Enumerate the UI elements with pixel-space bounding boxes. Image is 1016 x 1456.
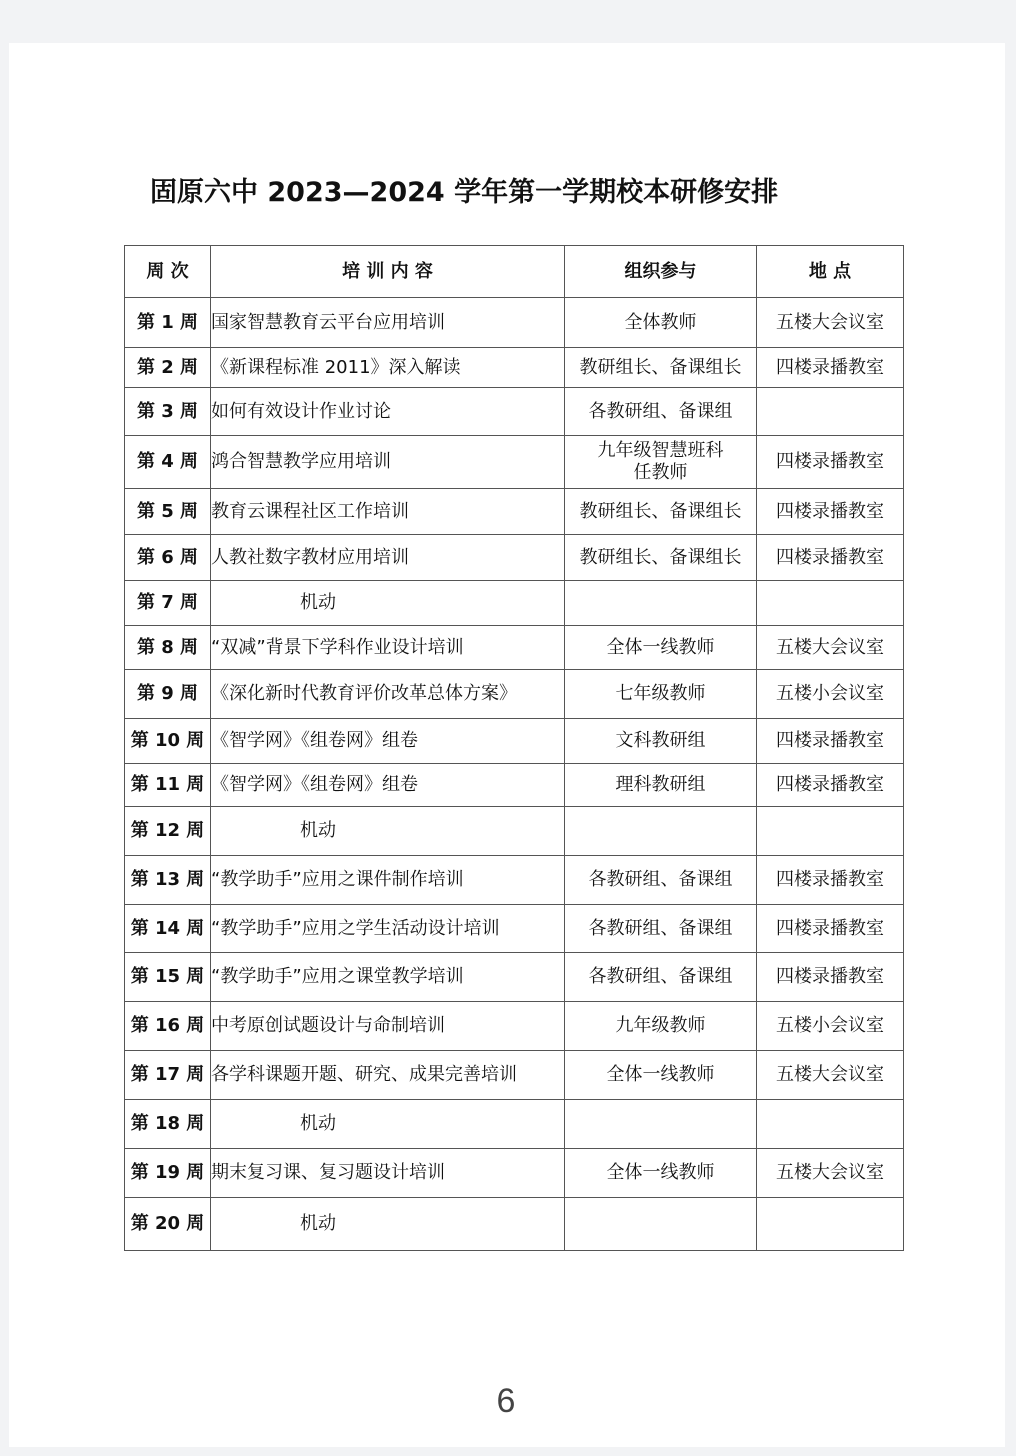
table-row: 第 16 周中考原创试题设计与命制培训九年级教师五楼小会议室 [125,1002,904,1051]
organizer-cell: 全体一线教师 [565,626,757,670]
organizer-cell: 各教研组、备课组 [565,905,757,953]
week-cell: 第 7 周 [125,581,211,626]
week-cell: 第 8 周 [125,626,211,670]
week-cell: 第 12 周 [125,807,211,856]
content-cell: 国家智慧教育云平台应用培训 [211,298,565,348]
location-cell: 四楼录播教室 [757,905,904,953]
organizer-cell [565,807,757,856]
week-cell: 第 15 周 [125,953,211,1002]
location-cell: 四楼录播教室 [757,719,904,764]
content-cell: 各学科课题开题、研究、成果完善培训 [211,1051,565,1100]
location-cell [757,807,904,856]
week-cell: 第 5 周 [125,489,211,535]
location-cell [757,1198,904,1251]
organizer-cell: 教研组长、备课组长 [565,535,757,581]
content-cell: 《新课程标准 2011》深入解读 [211,348,565,388]
table-row: 第 17 周各学科课题开题、研究、成果完善培训全体一线教师五楼大会议室 [125,1051,904,1100]
table-row: 第 12 周机动 [125,807,904,856]
table-row: 第 9 周《深化新时代教育评价改革总体方案》七年级教师五楼小会议室 [125,670,904,719]
location-cell: 四楼录播教室 [757,535,904,581]
content-cell: 中考原创试题设计与命制培训 [211,1002,565,1051]
location-cell: 五楼大会议室 [757,626,904,670]
page-number: 6 [0,1382,1016,1421]
organizer-cell [565,1198,757,1251]
location-cell [757,581,904,626]
table-row: 第 11 周《智学网》《组卷网》组卷理科教研组四楼录播教室 [125,764,904,807]
header-organizer: 组织参与 [565,246,757,298]
content-cell: “教学助手”应用之学生活动设计培训 [211,905,565,953]
week-cell: 第 6 周 [125,535,211,581]
content-cell: 机动 [211,1198,565,1251]
table-row: 第 19 周期末复习课、复习题设计培训全体一线教师五楼大会议室 [125,1149,904,1198]
week-cell: 第 19 周 [125,1149,211,1198]
organizer-cell: 文科教研组 [565,719,757,764]
table-row: 第 7 周机动 [125,581,904,626]
content-cell: 如何有效设计作业讨论 [211,388,565,436]
table-row: 第 4 周鸿合智慧教学应用培训九年级智慧班科任教师四楼录播教室 [125,436,904,489]
organizer-cell: 九年级智慧班科任教师 [565,436,757,489]
header-location: 地 点 [757,246,904,298]
week-cell: 第 2 周 [125,348,211,388]
table-row: 第 10 周《智学网》《组卷网》组卷文科教研组四楼录播教室 [125,719,904,764]
table-row: 第 20 周机动 [125,1198,904,1251]
week-cell: 第 1 周 [125,298,211,348]
organizer-cell: 九年级教师 [565,1002,757,1051]
content-cell: “教学助手”应用之课堂教学培训 [211,953,565,1002]
organizer-cell [565,581,757,626]
header-content: 培 训 内 容 [211,246,565,298]
organizer-cell: 理科教研组 [565,764,757,807]
location-cell: 四楼录播教室 [757,953,904,1002]
week-cell: 第 3 周 [125,388,211,436]
header-week: 周 次 [125,246,211,298]
content-cell: 机动 [211,807,565,856]
table-row: 第 1 周国家智慧教育云平台应用培训全体教师五楼大会议室 [125,298,904,348]
table-row: 第 13 周“教学助手”应用之课件制作培训各教研组、备课组四楼录播教室 [125,856,904,905]
location-cell: 四楼录播教室 [757,764,904,807]
training-schedule-table: 周 次 培 训 内 容 组织参与 地 点 第 1 周国家智慧教育云平台应用培训全… [124,245,904,1251]
table-header-row: 周 次 培 训 内 容 组织参与 地 点 [125,246,904,298]
week-cell: 第 9 周 [125,670,211,719]
content-cell: 人教社数字教材应用培训 [211,535,565,581]
organizer-cell: 全体一线教师 [565,1051,757,1100]
week-cell: 第 11 周 [125,764,211,807]
table-row: 第 2 周《新课程标准 2011》深入解读教研组长、备课组长四楼录播教室 [125,348,904,388]
table-row: 第 5 周教育云课程社区工作培训教研组长、备课组长四楼录播教室 [125,489,904,535]
location-cell: 四楼录播教室 [757,856,904,905]
location-cell [757,388,904,436]
content-cell: 《智学网》《组卷网》组卷 [211,719,565,764]
organizer-cell: 七年级教师 [565,670,757,719]
week-cell: 第 18 周 [125,1100,211,1149]
content-cell: 机动 [211,1100,565,1149]
organizer-cell: 各教研组、备课组 [565,388,757,436]
content-cell: 《智学网》《组卷网》组卷 [211,764,565,807]
content-cell: 教育云课程社区工作培训 [211,489,565,535]
week-cell: 第 10 周 [125,719,211,764]
organizer-cell: 教研组长、备课组长 [565,489,757,535]
week-cell: 第 16 周 [125,1002,211,1051]
week-cell: 第 4 周 [125,436,211,489]
week-cell: 第 20 周 [125,1198,211,1251]
location-cell: 四楼录播教室 [757,489,904,535]
content-cell: 鸿合智慧教学应用培训 [211,436,565,489]
organizer-cell: 各教研组、备课组 [565,856,757,905]
location-cell: 四楼录播教室 [757,436,904,489]
location-cell: 五楼大会议室 [757,1149,904,1198]
content-cell: 机动 [211,581,565,626]
location-cell: 五楼小会议室 [757,670,904,719]
location-cell [757,1100,904,1149]
organizer-cell: 各教研组、备课组 [565,953,757,1002]
table-row: 第 8 周“双减”背景下学科作业设计培训全体一线教师五楼大会议室 [125,626,904,670]
organizer-cell: 全体一线教师 [565,1149,757,1198]
content-cell: 期末复习课、复习题设计培训 [211,1149,565,1198]
location-cell: 五楼大会议室 [757,1051,904,1100]
organizer-cell [565,1100,757,1149]
week-cell: 第 14 周 [125,905,211,953]
organizer-cell: 教研组长、备课组长 [565,348,757,388]
location-cell: 五楼小会议室 [757,1002,904,1051]
table-row: 第 14 周“教学助手”应用之学生活动设计培训各教研组、备课组四楼录播教室 [125,905,904,953]
content-cell: 《深化新时代教育评价改革总体方案》 [211,670,565,719]
table-row: 第 18 周机动 [125,1100,904,1149]
table-row: 第 15 周“教学助手”应用之课堂教学培训各教研组、备课组四楼录播教室 [125,953,904,1002]
table-row: 第 3 周如何有效设计作业讨论各教研组、备课组 [125,388,904,436]
week-cell: 第 17 周 [125,1051,211,1100]
content-cell: “双减”背景下学科作业设计培训 [211,626,565,670]
week-cell: 第 13 周 [125,856,211,905]
table-row: 第 6 周人教社数字教材应用培训教研组长、备课组长四楼录播教室 [125,535,904,581]
organizer-cell: 全体教师 [565,298,757,348]
location-cell: 四楼录播教室 [757,348,904,388]
location-cell: 五楼大会议室 [757,298,904,348]
document-title: 固原六中 2023—2024 学年第一学期校本研修安排 [150,170,850,209]
content-cell: “教学助手”应用之课件制作培训 [211,856,565,905]
